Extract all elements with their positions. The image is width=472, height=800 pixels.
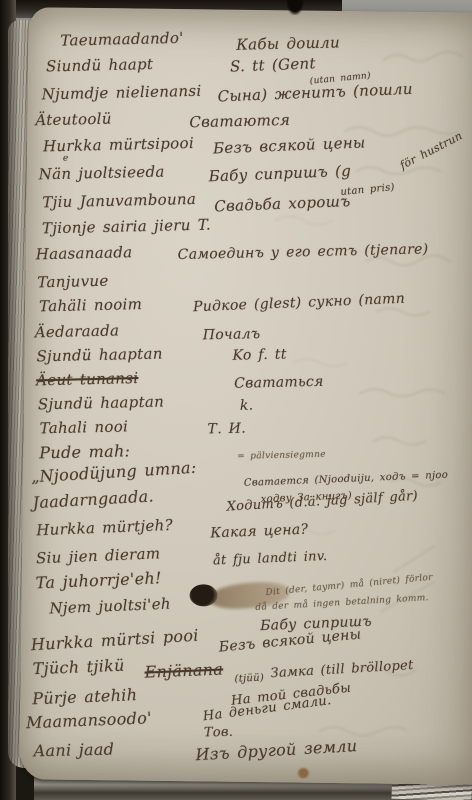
entry-word: Hurkka mürtsipooi [43,134,194,155]
entry-word: Nän juoltsieeda [38,162,164,183]
entry-word: Taeumaadando' [60,29,184,50]
entry-word: Pude mah: [39,441,130,462]
entry-word: Äedaraada [35,321,120,341]
entry-word: Tahäli nooim [39,295,142,315]
entry-gloss: Ko f. tt [232,347,287,364]
manuscript-page: Taeumaadando' Кабы дошли Siundü haapt S.… [19,7,472,785]
entry-gloss: Свататься [234,374,324,392]
entry-word: Aani jaad [33,740,114,761]
entry-gloss: S. tt (Gent [230,54,316,75]
entry-word-struck: Enjänana [144,660,223,682]
entry-word: Sjundü haaptan [38,392,165,413]
paper-stain [297,768,309,779]
entry-note: Тов. [204,725,234,741]
ink-blot [189,584,217,606]
entry-word: Tanjuvue [37,272,109,292]
entry-word: Njumdje nielienansi [41,82,201,104]
entry-gloss: Т. И. [207,421,246,438]
entry-word: Tjionje sairia jieru T. [42,216,211,238]
manuscript-photo: Taeumaadando' Кабы дошли Siundü haapt S.… [0,0,472,800]
entry-superscript: е [63,154,69,164]
entry-note: (tjüü) [234,673,264,685]
entry-word: Haasanaada [36,243,133,263]
entry-word: Tahali nooi [39,417,128,437]
entry-word: Tjiu Januvambouna [42,190,196,211]
entry-word: Siundü haapt [46,55,154,75]
entry-word: Äteutoolü [35,110,112,130]
entry-gloss: k. [240,398,254,414]
binding-gap [286,0,304,15]
entry-word: Sjundü haaptan [36,344,163,365]
entry-gloss: Почалъ [203,326,261,343]
entry-note: = pälviensiegmne [237,450,326,462]
entry-gloss: Сватаются [189,111,290,131]
entry-word-struck: Äeut tunansi [36,369,139,389]
entry-word: Tjüch tjikü [32,656,125,679]
entry-gloss: Кабы дошли [236,33,340,53]
